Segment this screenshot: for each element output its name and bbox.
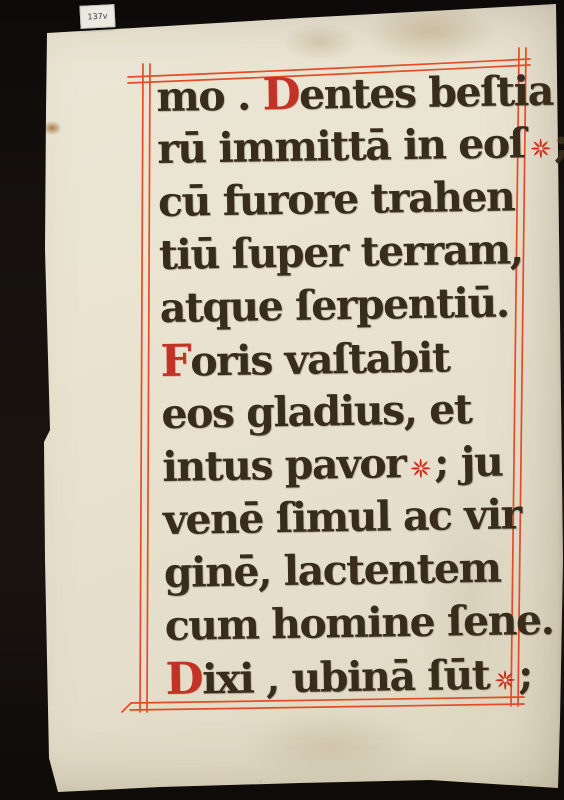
folio-number-label: 137v (79, 4, 115, 29)
ink-text: ginē, lactentem (164, 544, 501, 597)
ink-text: mo . (156, 71, 263, 121)
ink-text: ixi , ubinā ſūt (202, 651, 490, 704)
rubric-initial: D (165, 653, 202, 705)
text-line: cū furore trahen (158, 170, 541, 229)
text-line: rū immittā in eoſ; (157, 117, 540, 176)
ink-text: intus pavor (162, 439, 406, 491)
text-line: venē ſimul ac vir (163, 488, 546, 547)
text-line: tiū ſuper terram, (158, 223, 541, 282)
ink-text: ; ju (434, 438, 503, 487)
text-line: cum homine ſene. (164, 594, 547, 653)
text-line: Foris vaſtabit (160, 329, 543, 388)
text-line: ginē, lactentem (163, 541, 546, 600)
ink-text: eos gladius, et (161, 385, 472, 438)
ink-text: atque ſerpentiū. (159, 278, 509, 331)
rosette-asterisk-icon (408, 456, 433, 481)
manuscript-text-block: mo . Dentes beſtiarū immittā in eoſ;cū f… (156, 64, 548, 706)
rubric-initial: D (262, 69, 299, 121)
ink-text: venē ſimul ac vir (163, 490, 521, 544)
ink-text: rū immittā in eoſ (157, 119, 525, 173)
ink-text: tiū ſuper terram, (159, 225, 523, 279)
rubric-initial: F (160, 336, 190, 387)
text-line: Dixi , ubinā ſūt; (165, 647, 548, 706)
ink-text: oris vaſtabit (190, 333, 450, 385)
manuscript-photo: 137v mo . Dentes beſtiarū immittā in eoſ… (0, 0, 564, 800)
text-line: eos gladius, et (161, 382, 544, 441)
ink-text: entes beſtia (299, 67, 553, 119)
rosette-asterisk-icon (492, 667, 517, 692)
text-line: atque ſerpentiū. (159, 276, 542, 335)
text-line: intus pavor; ju (162, 435, 545, 494)
ink-text: cū furore trahen (158, 172, 515, 226)
folio-number-text: 137v (87, 11, 107, 21)
rosette-asterisk-icon (528, 136, 553, 161)
ink-text: cum homine ſene. (164, 596, 553, 650)
ink-text: ; (553, 119, 564, 167)
text-line: mo . Dentes beſtia (156, 64, 539, 123)
ink-text: ; (518, 650, 532, 698)
